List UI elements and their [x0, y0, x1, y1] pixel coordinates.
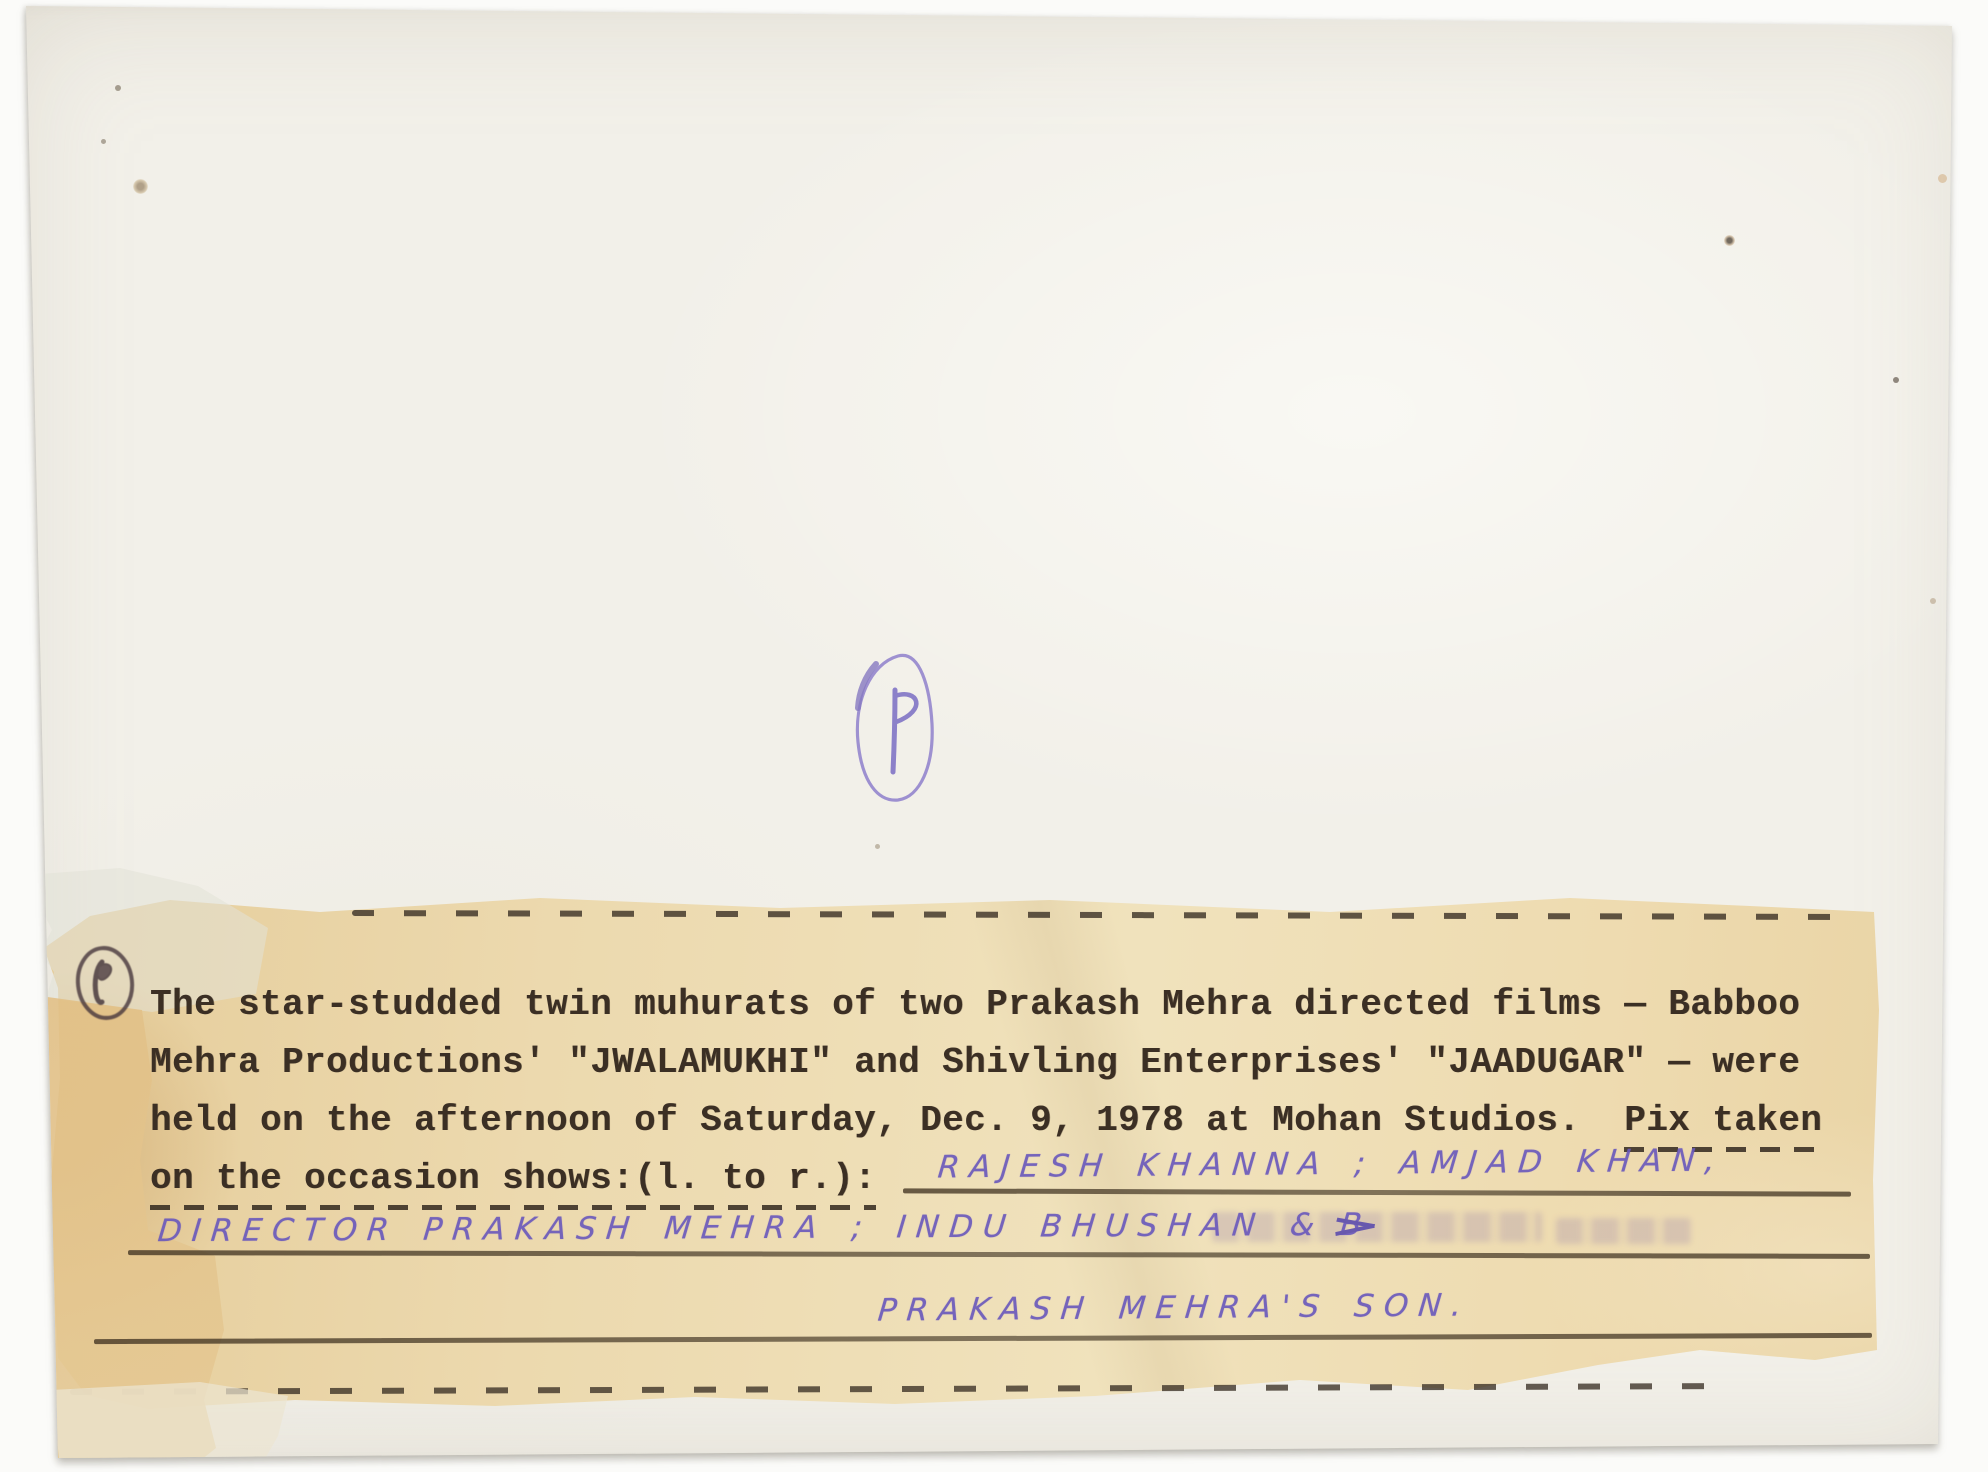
- foxing-spot: [1930, 598, 1936, 604]
- handwritten-line-2-text: DIRECTOR PRAKASH MEHRA ; INDU BHUSHAN &: [156, 1207, 1326, 1249]
- foxing-spot: [101, 139, 106, 144]
- foxing-spot: [133, 179, 148, 194]
- foxing-spot: [115, 85, 121, 91]
- typed-caption-line-4: on the occasion shows:(l. to r.):: [150, 1158, 876, 1210]
- stamp-circled-p-mark: P: [72, 942, 138, 1024]
- handwritten-name-line-3: PRAKASH MEHRA'S SON.: [876, 1287, 1473, 1328]
- foxing-spot: [875, 844, 880, 849]
- typed-caption-line-4-underlined: on the occasion shows:(l. to r.):: [150, 1158, 876, 1210]
- typed-caption-line-1: The star-studded twin muhurats of two Pr…: [150, 984, 1800, 1025]
- foxing-spot: [1938, 174, 1947, 183]
- foxing-spot: [1724, 235, 1735, 246]
- typed-caption-line-2: Mehra Productions' "JWALAMUKHI" and Shiv…: [150, 1042, 1800, 1083]
- foxing-spot: [1893, 377, 1899, 383]
- typed-caption-line-3-text: held on the afternoon of Saturday, Dec. …: [150, 1100, 1580, 1141]
- photo-paper: P P The star-studded twin muhurats of tw…: [0, 0, 1988, 1472]
- handwritten-name-line-1: RAJESH KHANNA ; AMJAD KHAN,: [936, 1143, 1726, 1186]
- photo-back: P P The star-studded twin muhurats of tw…: [0, 0, 1988, 1472]
- scribbled-out-letter: B: [1339, 1207, 1374, 1243]
- pen-circled-p-mark: P: [838, 650, 950, 808]
- handwritten-name-line-2: DIRECTOR PRAKASH MEHRA ; INDU BHUSHAN &B: [156, 1207, 1373, 1249]
